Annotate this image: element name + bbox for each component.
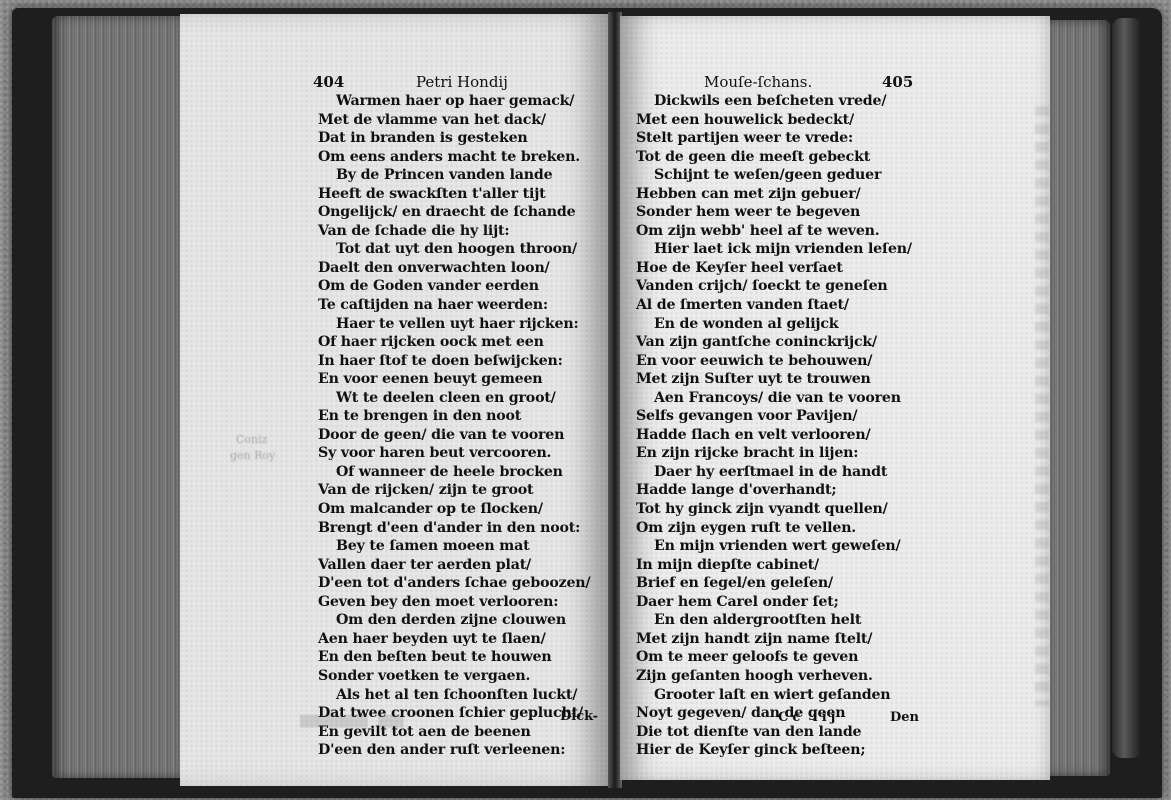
text-line: Grooter laſt en wiert geſanden	[636, 686, 912, 705]
text-line: Daelt den onverwachten loon/	[318, 259, 590, 278]
text-line: Dickwils een beſcheten vrede/	[636, 92, 912, 111]
text-line: En den beſten beut te houwen	[318, 648, 590, 667]
right-running-head: Mouſe-ſchans.	[704, 73, 812, 91]
text-line: Noyt gegeven/ dan de geen	[636, 704, 912, 723]
text-line: Sy voor haren beut vercooren.	[318, 444, 590, 463]
text-line: Met de vlamme van het dack/	[318, 111, 590, 130]
text-line: By de Princen vanden lande	[318, 166, 590, 185]
book-cover-edge	[1112, 18, 1142, 758]
text-line: Van de ſchade die hy lijt:	[318, 222, 590, 241]
left-page-number: 404	[313, 73, 344, 91]
left-page-text: Warmen haer op haer gemack/Met de vlamme…	[318, 92, 590, 760]
text-line: Door de geen/ die van te vooren	[318, 426, 590, 445]
text-line: Daer hy eerſtmael in de handt	[636, 463, 912, 482]
text-line: En voor eenen beuyt gemeen	[318, 370, 590, 389]
text-line: D'een tot d'anders ſchae geboozen/	[318, 574, 590, 593]
text-line: Daer hem Carel onder ſet;	[636, 593, 912, 612]
right-page-number: 405	[882, 73, 913, 91]
text-line: Warmen haer op haer gemack/	[318, 92, 590, 111]
right-page-text: Dickwils een beſcheten vrede/Met een hou…	[636, 92, 912, 760]
text-line: Met zijn Suſter uyt te trouwen	[636, 370, 912, 389]
text-line: D'een den ander ruſt verleenen:	[318, 741, 590, 760]
text-line: En mijn vrienden wert geweſen/	[636, 537, 912, 556]
text-line: Dat in branden is gesteken	[318, 129, 590, 148]
text-line: Brief en ſegel/en geleſen/	[636, 574, 912, 593]
text-line: En de wonden al gelijck	[636, 315, 912, 334]
text-line: Als het al ten ſchoonſten luckt/	[318, 686, 590, 705]
text-line: Aen Francoys/ die van te vooren	[636, 389, 912, 408]
text-line: Vanden crijch/ ſoeckt te geneſen	[636, 277, 912, 296]
text-line: In mijn diepſte cabinet/	[636, 556, 912, 575]
text-line: Te caſtijden na haer weerden:	[318, 296, 590, 315]
text-line: Hadde lange d'overhandt;	[636, 481, 912, 500]
text-line: Bey te ſamen moeen mat	[318, 537, 590, 556]
right-page-block-edge	[1048, 20, 1110, 776]
text-line: Heeft de swackſten t'aller tijt	[318, 185, 590, 204]
text-line: Haer te vellen uyt haer rijcken:	[318, 315, 590, 334]
text-line: Vallen daer ter aerden plat/	[318, 556, 590, 575]
text-line: Met zijn handt zijn name ſtelt/	[636, 630, 912, 649]
left-page: 404 Petri Hondij Warmen haer op haer gem…	[180, 14, 610, 786]
text-line: Schijnt te weſen/geen geduer	[636, 166, 912, 185]
text-line: Of haer rijcken oock met een	[318, 333, 590, 352]
right-page: Mouſe-ſchans. 405 Dickwils een beſcheten…	[620, 16, 1050, 780]
text-line: Stelt partijen weer te vrede:	[636, 129, 912, 148]
text-line: Hadde ſlach en velt verlooren/	[636, 426, 912, 445]
text-line: Hebben can met zijn gebuer/	[636, 185, 912, 204]
right-catchword: Den	[890, 710, 919, 725]
bleed-through-text: Coniz gen Roy	[230, 432, 275, 464]
text-line: En voor eeuwich te behouwen/	[636, 352, 912, 371]
left-running-head: Petri Hondij	[416, 73, 508, 91]
text-line: En zijn rijcke bracht in lijen:	[636, 444, 912, 463]
text-line: Hier de Keyſer ginck beſteen;	[636, 741, 912, 760]
text-line: Ongelijck/ en draecht de ſchande	[318, 203, 590, 222]
text-line: Om te meer geloofs te geven	[636, 648, 912, 667]
text-line: In haer ſtof te doen beſwijcken:	[318, 352, 590, 371]
text-line: Of wanneer de heele brocken	[318, 463, 590, 482]
text-line: Zijn geſanten hoogh verheven.	[636, 667, 912, 686]
text-line: Met een houwelick bedeckt/	[636, 111, 912, 130]
text-line: Wt te deelen cleen en groot/	[318, 389, 590, 408]
text-line: Om zijn webb' heel af te weven.	[636, 222, 912, 241]
open-book-photo: 404 Petri Hondij Warmen haer op haer gem…	[0, 0, 1171, 800]
left-page-block-edge	[52, 16, 180, 778]
text-line: Brengt d'een d'ander in den noot:	[318, 519, 590, 538]
text-line: Hoe de Keyſer heel verſaet	[636, 259, 912, 278]
text-line: Om eens anders macht te breken.	[318, 148, 590, 167]
text-line: Al de ſmerten vanden ſtaet/	[636, 296, 912, 315]
text-line: Geven bey den moet verlooren:	[318, 593, 590, 612]
text-line: Tot dat uyt den hoogen throon/	[318, 240, 590, 259]
text-line: Sonder voetken te vergaen.	[318, 667, 590, 686]
text-line: Tot hy ginck zijn vyandt quellen/	[636, 500, 912, 519]
text-line: Aen haer beyden uyt te ſlaen/	[318, 630, 590, 649]
bleed-through-footer: ▒▒▒▒▒▒▒▒ ▒▒▒	[300, 714, 404, 730]
text-line: En te brengen in den noot	[318, 407, 590, 426]
text-line: Om malcander op te ſlocken/	[318, 500, 590, 519]
text-line: Die tot dienſte van den lande	[636, 723, 912, 742]
text-line: Selfs gevangen voor Pavijen/	[636, 407, 912, 426]
text-line: Van zijn gantſche coninckrijck/	[636, 333, 912, 352]
text-line: En den aldergrootſten helt	[636, 611, 912, 630]
text-line: Sonder hem weer te begeven	[636, 203, 912, 222]
text-line: Om de Goden vander eerden	[318, 277, 590, 296]
text-line: Van de rijcken/ zijn te groot	[318, 481, 590, 500]
bleed-through-column	[1035, 106, 1049, 706]
text-line: Tot de geen die meeſt gebeckt	[636, 148, 912, 167]
text-line: Om den derden zijne clouwen	[318, 611, 590, 630]
signature-mark: Cc iij	[778, 710, 839, 725]
left-catchword: Dick-	[560, 709, 598, 724]
text-line: Om zijn eygen ruſt te vellen.	[636, 519, 912, 538]
text-line: Hier laet ick mijn vrienden leſen/	[636, 240, 912, 259]
